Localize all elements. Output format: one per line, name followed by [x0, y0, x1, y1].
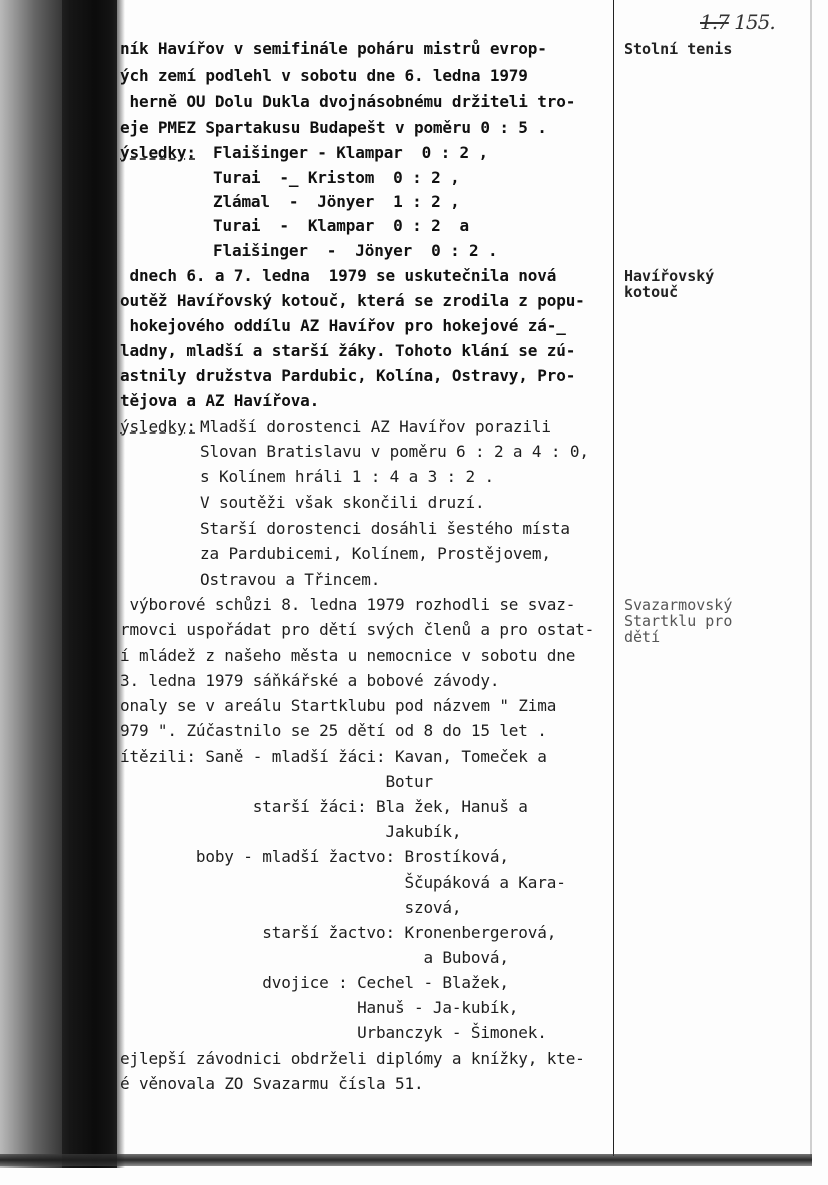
result-line: s Kolínem hráli 1 : 4 a 3 : 2 .	[200, 468, 494, 486]
result-line: Slovan Bratislavu v poměru 6 : 2 a 4 : 0…	[200, 443, 589, 461]
winners-line: szová,	[120, 899, 461, 917]
text-line: ník Havířov v semifinále poháru mistrů e…	[120, 40, 547, 58]
winners-line: dvojice : Cechel - Blažek,	[120, 974, 509, 992]
page-number-struck: 1.7	[700, 10, 729, 34]
text-line: é věnovala ZO Svazarmu čísla 51.	[120, 1075, 423, 1093]
result-line: Starší dorostenci dosáhli šestého místa	[200, 520, 570, 538]
result-line: Zlámal - Jönyer 1 : 2 ,	[213, 193, 460, 211]
text-line: tějova a AZ Havířova.	[120, 392, 319, 410]
result-line: Flaišinger - Jönyer 0 : 2 .	[213, 242, 498, 260]
text-line: astnily družstva Pardubic, Kolína, Ostra…	[120, 367, 575, 385]
text-line: hokejového oddílu AZ Havířov pro hokejov…	[120, 317, 566, 335]
winners-line: starší žáci: Bla žek, Hanuš a	[120, 798, 528, 816]
result-line: za Pardubicemi, Kolínem, Prostějovem,	[200, 545, 551, 563]
winners-line: Botur	[120, 773, 433, 791]
margin-rule	[613, 0, 614, 1156]
winners-line: Hanuš - Ja-kubík,	[120, 999, 518, 1017]
bottom-shadow	[0, 1154, 812, 1166]
winners-line: a Bubová,	[120, 949, 509, 967]
winners-line: Jakubík,	[120, 823, 461, 841]
margin-note-havirov-disc: Havířovský kotouč	[624, 268, 714, 300]
text-line: ých zemí podlehl v sobotu dne 6. ledna 1…	[120, 67, 528, 85]
results-label: ýsledky:	[120, 144, 196, 162]
text-line: výborové schůzi 8. ledna 1979 rozhodli s…	[120, 596, 575, 614]
result-line: Ostravou a Třincem.	[200, 571, 380, 589]
text-line: herně OU Dolu Dukla dvojnásobnému držite…	[120, 93, 575, 111]
text-line: 979 ". Zúčastnilo se 25 dětí od 8 do 15 …	[120, 722, 547, 740]
winners-line: boby - mladší žactvo: Brostíková,	[120, 848, 509, 866]
winners-line: ítězili: Saně - mladší žáci: Kavan, Tome…	[120, 748, 547, 766]
text-line: outěž Havířovský kotouč, která se zrodil…	[120, 292, 585, 310]
result-line: Flaišinger - Klampar 0 : 2 ,	[213, 144, 488, 162]
result-line: Mladší dorostenci AZ Havířov porazili	[200, 418, 551, 436]
result-line: V soutěži však skončili druzí.	[200, 494, 485, 512]
text-line: ladny, mladší a starší žáky. Tohoto klán…	[120, 342, 575, 360]
text-line: onaly se v areálu Startklubu pod názvem …	[120, 697, 556, 715]
results-label: ýsledky:	[120, 418, 196, 436]
margin-note-table-tennis: Stolní tenis	[624, 41, 732, 57]
text-line: rmovci uspořádat pro dětí svých členů a …	[120, 621, 594, 639]
text-line: í mládež z našeho města u nemocnice v so…	[120, 647, 575, 665]
text-line: 3. ledna 1979 sáňkářské a bobové závody.	[120, 672, 499, 690]
winners-line: Urbanczyk - Šimonek.	[120, 1024, 547, 1042]
page-number: 1.7 155.	[700, 10, 775, 34]
margin-note-startklub: Svazarmovský Startklu pro dětí	[624, 597, 732, 645]
result-line: Turai - Klampar 0 : 2 a	[213, 217, 469, 235]
page-number-current: 155.	[734, 10, 775, 34]
page-edge	[810, 0, 812, 1156]
text-line: eje PMEZ Spartakusu Budapešt v poměru 0 …	[120, 119, 547, 137]
text-line: ejlepší závodnici obdrželi diplómy a kní…	[120, 1050, 585, 1068]
winners-line: Ščupáková a Kara-	[120, 874, 566, 892]
binding-shadow-core	[62, 0, 117, 1168]
text-line: dnech 6. a 7. ledna 1979 se uskutečnila …	[120, 267, 556, 285]
document-page: 1.7 155. ník Havířov v semifinále poháru…	[0, 0, 828, 1185]
winners-line: starší žactvo: Kronenbergerová,	[120, 924, 556, 942]
result-line: Turai -_ Kristom 0 : 2 ,	[213, 169, 460, 187]
